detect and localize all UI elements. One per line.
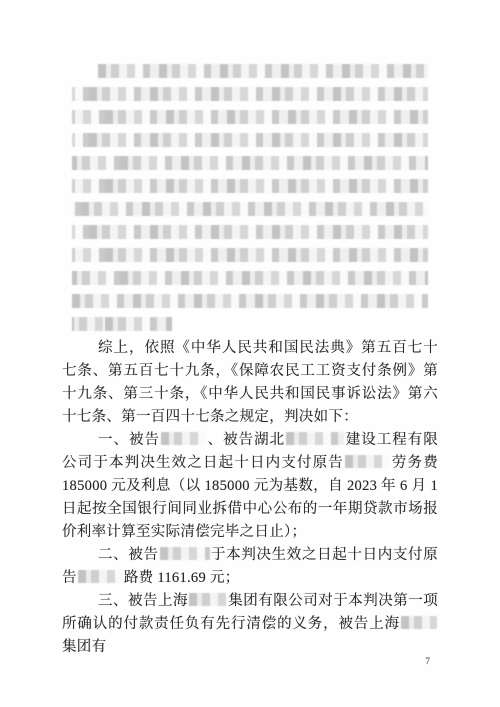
judgment-paragraph: 二、被告于本判决生效之日起十日内支付原告路费 1161.69 元； — [62, 544, 438, 590]
redacted-line — [98, 64, 428, 78]
judgment-paragraph: 综上，依照《中华人民共和国民法典》第五百七十七条、第五百七十九条，《保障农民工工… — [62, 337, 438, 429]
page-number: 7 — [426, 656, 431, 666]
redacted-line — [72, 133, 428, 147]
redacted-name — [345, 455, 390, 468]
redacted-name — [160, 547, 210, 560]
redacted-name — [161, 432, 206, 445]
redacted-line — [72, 156, 428, 170]
redacted-line — [72, 271, 428, 285]
judgment-paragraph: 三、被告上海集团有限公司对于本判决第一项所确认的付款责任负有先行清偿的义务，被告… — [62, 590, 438, 659]
redacted-line — [72, 294, 428, 308]
redacted-name — [286, 432, 344, 445]
redacted-line — [72, 110, 428, 124]
redacted-line — [72, 225, 428, 239]
redacted-name — [78, 570, 123, 583]
redacted-line — [72, 248, 428, 262]
judgment-paragraph: 一、被告、被告湖北建设工程有限公司于本判决生效之日起十日内支付原告劳务费 185… — [62, 429, 438, 544]
redacted-line — [72, 317, 172, 331]
redacted-name — [401, 616, 437, 629]
redacted-name — [189, 593, 227, 606]
judgment-text: 综上，依照《中华人民共和国民法典》第五百七十七条、第五百七十九条，《保障农民工工… — [62, 337, 438, 659]
document-page: 综上，依照《中华人民共和国民法典》第五百七十七条、第五百七十九条，《保障农民工工… — [0, 0, 500, 707]
redacted-line — [72, 179, 428, 193]
redacted-paragraph-block — [72, 64, 428, 340]
redacted-line — [72, 202, 428, 216]
redacted-line — [72, 87, 428, 101]
